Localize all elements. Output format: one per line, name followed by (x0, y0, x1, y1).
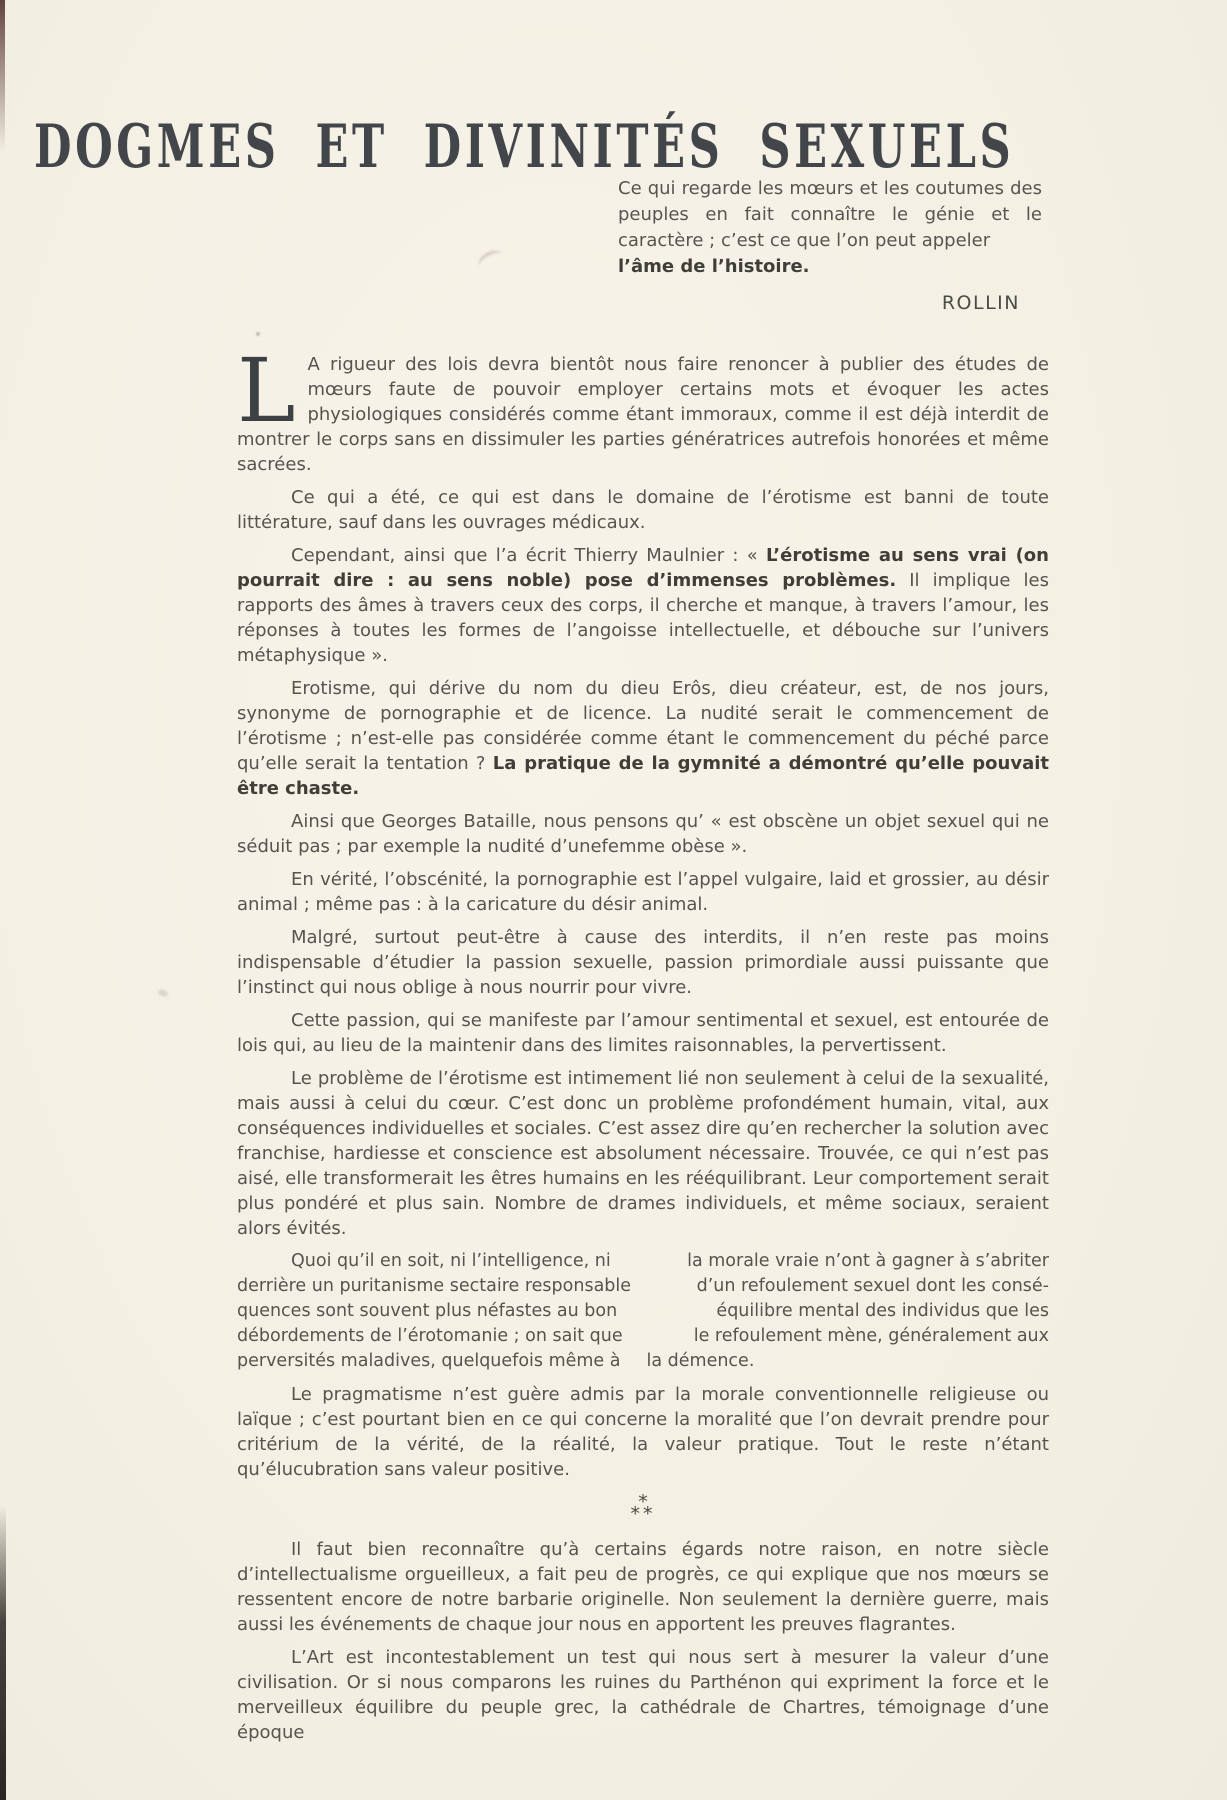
drop-cap: L (237, 352, 307, 426)
epigraph-attribution: ROLLIN (618, 292, 1042, 314)
split-line-left: débordements de l’érotomanie ; on sait q… (237, 1324, 623, 1349)
text-segment: En vérité, l’obscénité, la pornographie … (237, 869, 1049, 915)
paragraph: En vérité, l’obscénité, la pornographie … (237, 867, 1049, 917)
paragraph: Ce qui a été, ce qui est dans le domaine… (237, 485, 1049, 535)
split-line: Quoi qu’il en soit, ni l’intelligence, n… (237, 1249, 1049, 1274)
split-line-right: la démence. (647, 1349, 755, 1374)
paragraph: Cependant, ainsi que l’a écrit Thierry M… (237, 543, 1049, 668)
text-segment: Cependant, ainsi que l’a écrit Thierry M… (291, 545, 766, 566)
body-paragraphs: LA rigueur des lois devra bientôt nous f… (237, 352, 1049, 1753)
page-gutter-shadow-top (0, 0, 5, 152)
split-line-right: le refoulement mène, généralement aux (694, 1324, 1049, 1349)
epigraph-bold-text: l’âme de l’histoire. (618, 254, 1042, 280)
epigraph-text: Ce qui regarde les mœurs et les coutumes… (618, 178, 1042, 251)
text-segment: Le pragmatisme n’est guère admis par la … (237, 1384, 1049, 1480)
text-segment: Malgré, surtout peut-être à cause des in… (237, 927, 1049, 998)
paragraph: Il faut bien reconnaître qu’à certains é… (237, 1537, 1049, 1637)
asterism-separator: *** (237, 1496, 1049, 1521)
page-gutter-shadow-bottom (0, 1505, 6, 1800)
page-title: DOGMES ET DIVINITÉS SEXUELS (34, 112, 1014, 182)
split-line-left: Quoi qu’il en soit, ni l’intelligence, n… (237, 1249, 611, 1274)
split-line-left: derrière un puritanisme sectaire respons… (237, 1274, 631, 1299)
text-segment: L’Art est incontestablement un test qui … (237, 1647, 1049, 1743)
split-line-right: la morale vraie n’ont à gagner à s’abrit… (687, 1249, 1049, 1274)
paper-speck (256, 332, 260, 336)
split-line-left: quences sont souvent plus néfastes au bo… (237, 1299, 617, 1324)
split-line: débordements de l’érotomanie ; on sait q… (237, 1324, 1049, 1349)
split-line-right: équilibre mental des individus que les (716, 1299, 1049, 1324)
split-line: derrière un puritanisme sectaire respons… (237, 1274, 1049, 1299)
split-line-left: perversités maladives, quelquefois même … (237, 1349, 621, 1374)
paper-smudge (476, 247, 507, 274)
text-segment: Ce qui a été, ce qui est dans le domaine… (237, 487, 1049, 533)
text-segment: Le problème de l’érotisme est intimement… (237, 1068, 1049, 1239)
split-line: perversités maladives, quelquefois même … (237, 1349, 1049, 1374)
epigraph-quote: Ce qui regarde les mœurs et les coutumes… (618, 176, 1042, 280)
scanned-book-page: DOGMES ET DIVINITÉS SEXUELS Ce qui regar… (0, 0, 1227, 1800)
paragraph: Cette passion, qui se manifeste par l’am… (237, 1008, 1049, 1058)
text-segment: Cette passion, qui se manifeste par l’am… (237, 1010, 1049, 1056)
split-line-right: d’un refoulement sexuel dont les consé- (697, 1274, 1049, 1299)
text-segment: Ainsi que Georges Bataille, nous pensons… (237, 811, 1049, 857)
paragraph: Erotisme, qui dérive du nom du dieu Erôs… (237, 676, 1049, 801)
paper-speck (157, 988, 168, 997)
paragraph: Ainsi que Georges Bataille, nous pensons… (237, 809, 1049, 859)
text-segment: Il faut bien reconnaître qu’à certains é… (237, 1539, 1049, 1635)
split-paragraph: Quoi qu’il en soit, ni l’intelligence, n… (237, 1249, 1049, 1374)
paragraph: Malgré, surtout peut-être à cause des in… (237, 925, 1049, 1000)
paragraph: Le problème de l’érotisme est intimement… (237, 1066, 1049, 1241)
paragraph: Le pragmatisme n’est guère admis par la … (237, 1382, 1049, 1482)
split-line: quences sont souvent plus néfastes au bo… (237, 1299, 1049, 1324)
paragraph: L’Art est incontestablement un test qui … (237, 1645, 1049, 1745)
text-segment: A rigueur des lois devra bientôt nous fa… (237, 354, 1049, 475)
paragraph: LA rigueur des lois devra bientôt nous f… (237, 352, 1049, 477)
